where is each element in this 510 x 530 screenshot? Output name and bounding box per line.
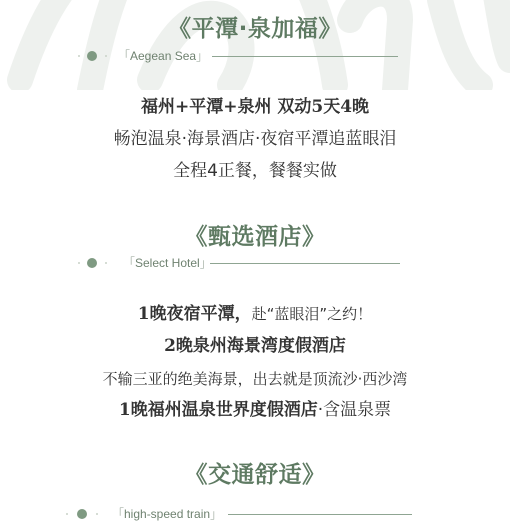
dot-small-icon [96,513,98,515]
section-title: 《交通舒适》 [0,456,510,489]
hotel-fuzhou-bold: 1晚福州温泉世界度假酒店 [119,400,318,420]
section-title: 《平潭·泉加福》 [0,10,510,43]
itinerary-headline: 福州+平潭+泉州 双动5天4晚 [0,95,510,119]
hotel-quanzhou-note: 不输三亚的绝美海景，出去就是顶流沙·西沙湾 [0,367,510,391]
hotel-quanzhou: 2晚泉州海景湾度假酒店 [0,334,510,358]
dot-small-icon [78,55,80,57]
hotel-pingtan-note: 赴“蓝眼泪”之约！ [252,305,373,323]
divider-line [210,263,400,264]
section-subtitle: 「high-speed train」 [112,506,222,522]
itinerary-meals: 全程4正餐，餐餐实做 [0,159,510,183]
hotel-pingtan-bold: 1晚夜宿平潭， [138,304,252,324]
dot-small-icon [78,262,80,264]
section-subtitle-row: 「Aegean Sea」 [78,48,408,64]
dot-small-icon [66,513,68,515]
divider-line [228,514,412,515]
section-subtitle: 「Aegean Sea」 [118,48,208,64]
hotel-pingtan: 1晚夜宿平潭，赴“蓝眼泪”之约！ [0,302,510,326]
dot-icon [87,51,97,61]
section-subtitle-row: 「Select Hotel」 [78,255,408,271]
dot-icon [77,509,87,519]
dot-icon [87,258,97,268]
itinerary-highlights: 畅泡温泉·海景酒店·夜宿平潭追蓝眼泪 [0,127,510,151]
section-subtitle: 「Select Hotel」 [123,255,212,271]
section-subtitle-row: 「high-speed train」 [66,506,416,522]
section-title: 《甄选酒店》 [0,218,510,251]
dot-small-icon [105,262,107,264]
dot-small-icon [105,55,107,57]
hotel-fuzhou-note: ·含温泉票 [318,400,391,420]
hotel-fuzhou: 1晚福州温泉世界度假酒店·含温泉票 [0,398,510,422]
divider-line [212,56,398,57]
